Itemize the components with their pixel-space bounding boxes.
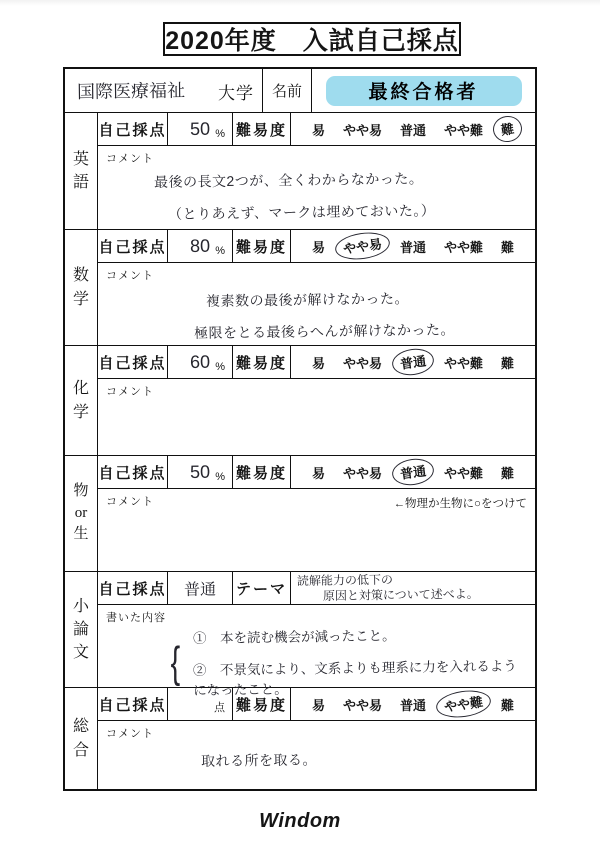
handwritten-comment: 極限をとる最後らへんが解けなかった。 — [194, 318, 527, 343]
difficulty-option: 難 — [491, 114, 523, 144]
comment-area: コメント 取れる所を取る。 — [98, 721, 535, 789]
difficulty-option: 普通 — [390, 346, 435, 378]
difficulty-options: 易 やや易 普通 やや難 難 — [291, 346, 535, 378]
page-title: 2020年度 入試自己採点 — [163, 22, 461, 56]
comment-area: コメント 複素数の最後が解けなかった。 極限をとる最後らへんが解けなかった。 — [98, 263, 535, 345]
subject-label: 数 学 — [65, 230, 98, 345]
difficulty-option: 普通 — [390, 456, 435, 488]
handwritten-comment: （とりあえず、マークは埋めておいた。） — [168, 199, 527, 224]
difficulty-options: 易 やや易 普通 やや難 難 — [291, 456, 535, 488]
difficulty-option: 易 — [312, 120, 325, 139]
self-score-value-cell: 普通 — [168, 572, 233, 604]
difficulty-option: やや難 — [444, 463, 483, 482]
handwritten-comment: 最後の長文2つが、全くわからなかった。 — [154, 167, 527, 192]
theme-text-cell: 読解能力の低下の 原因と対策について述べよ。 — [291, 572, 535, 604]
score-row: 自己採点 60 % 難易度 易 やや易 普通 やや難 難 — [98, 346, 535, 379]
self-score-label: 自己採点 — [98, 456, 168, 488]
difficulty-option: やや難 — [444, 237, 483, 256]
self-score-value-cell: 50 % — [168, 456, 233, 488]
difficulty-options: 易 やや易 普通 やや難 難 — [291, 230, 535, 262]
difficulty-option: やや易 — [343, 463, 382, 482]
self-score-value: 80 — [190, 235, 210, 256]
result-cell: 最終合格者 — [312, 69, 535, 112]
section-english: 英 語 自己採点 50 % 難易度 易 やや易 普通 やや難 難 コメント — [65, 113, 535, 230]
difficulty-option: 普通 — [400, 237, 426, 256]
difficulty-option: 易 — [312, 463, 325, 482]
self-score-value-cell: 60 % — [168, 346, 233, 378]
comment-area: コメント ←物理か生物に○をつけて — [98, 489, 535, 571]
self-score-label: 自己採点 — [98, 113, 168, 145]
difficulty-option: やや難 — [444, 353, 483, 372]
subject-label: 英 語 — [65, 113, 98, 229]
score-row: 自己採点 50 % 難易度 易 やや易 普通 やや難 難 — [98, 113, 535, 146]
difficulty-option: やや難 — [444, 120, 483, 139]
self-score-value-cell: 点 — [168, 688, 233, 720]
handwritten-theme: 原因と対策について述べよ。 — [323, 586, 529, 604]
comment-label: コメント — [106, 150, 527, 166]
score-unit: 点 — [214, 699, 225, 715]
circle-instruction-note: ←物理か生物に○をつけて — [394, 495, 527, 511]
section-overall: 総 合 自己採点 点 難易度 易 やや易 普通 やや難 難 コメント — [65, 688, 535, 789]
section-essay: 小 論 文 自己採点 普通 テーマ 読解能力の低下の 原因と対策について述べよ。… — [65, 572, 535, 688]
university-suffix-label: 大学 — [218, 79, 254, 104]
subject-label: 総 合 — [65, 688, 98, 789]
self-score-value: 50 — [190, 118, 210, 139]
difficulty-option: 易 — [312, 237, 325, 256]
difficulty-option: やや易 — [343, 120, 382, 139]
score-row: 自己採点 普通 テーマ 読解能力の低下の 原因と対策について述べよ。 — [98, 572, 535, 605]
difficulty-options: 易 やや易 普通 やや難 難 — [291, 113, 535, 145]
theme-label: テーマ — [233, 572, 291, 604]
difficulty-option: 難 — [501, 353, 514, 372]
self-score-label: 自己採点 — [98, 346, 168, 378]
difficulty-option: 普通 — [400, 120, 426, 139]
name-label-cell: 名前 — [263, 69, 312, 112]
self-score-value-cell: 80 % — [168, 230, 233, 262]
difficulty-label: 難易度 — [233, 113, 291, 145]
scan-artifact — [0, 0, 600, 6]
section-physics-or-biology: 物 or 生 自己採点 50 % 難易度 易 やや易 普通 やや難 難 コメント — [65, 456, 535, 572]
difficulty-option: 難 — [501, 237, 514, 256]
score-unit: % — [215, 471, 225, 483]
comment-area: コメント — [98, 379, 535, 455]
self-score-label: 自己採点 — [98, 230, 168, 262]
comment-area: コメント 最後の長文2つが、全くわからなかった。 （とりあえず、マークは埋めてお… — [98, 146, 535, 229]
section-math: 数 学 自己採点 80 % 難易度 易 やや易 普通 やや難 難 コメント — [65, 230, 535, 346]
comment-label: コメント — [106, 725, 527, 741]
brace-mark: { — [171, 641, 181, 685]
self-score-value: 50 — [190, 461, 210, 482]
subject-label: 小 論 文 — [65, 572, 98, 687]
final-pass-badge: 最終合格者 — [326, 76, 522, 106]
section-chemistry: 化 学 自己採点 60 % 難易度 易 やや易 普通 やや難 難 コメント — [65, 346, 535, 456]
self-score-value: 60 — [190, 351, 210, 372]
handwritten-comment: 取れる所を取る。 — [201, 746, 527, 771]
self-score-value: 普通 — [184, 576, 216, 599]
score-sheet-table: 国際医療福祉 大学 名前 最終合格者 英 語 自己採点 50 % 難易度 易 や… — [63, 67, 537, 791]
comment-label: コメント — [106, 383, 527, 399]
header-row: 国際医療福祉 大学 名前 最終合格者 — [65, 69, 535, 113]
subject-label: 化 学 — [65, 346, 98, 455]
difficulty-label: 難易度 — [233, 456, 291, 488]
difficulty-option: やや易 — [333, 229, 391, 262]
comment-label: コメント — [106, 267, 527, 283]
difficulty-option: やや易 — [343, 353, 382, 372]
handwritten-essay-point: ① 本を読む機会が減ったこと。 — [193, 622, 528, 647]
score-unit: % — [215, 245, 225, 257]
handwritten-comment: 複素数の最後が解けなかった。 — [206, 287, 527, 311]
school-name-handwritten: 国際医療福祉 — [77, 76, 185, 104]
score-unit: % — [215, 128, 225, 140]
subject-label: 物 or 生 — [65, 456, 98, 571]
score-row: 自己採点 80 % 難易度 易 やや易 普通 やや難 難 — [98, 230, 535, 263]
self-score-label: 自己採点 — [98, 572, 168, 604]
difficulty-option: 難 — [501, 463, 514, 482]
school-name-cell: 国際医療福祉 大学 — [65, 69, 263, 112]
self-score-value-cell: 50 % — [168, 113, 233, 145]
difficulty-option: 易 — [312, 353, 325, 372]
score-row: 自己採点 50 % 難易度 易 やや易 普通 やや難 難 — [98, 456, 535, 489]
difficulty-label: 難易度 — [233, 230, 291, 262]
written-content-area: 書いた内容 { ① 本を読む機会が減ったこと。 ② 不景気により、文系よりも理系… — [98, 605, 535, 701]
brand-logo: Windom — [0, 810, 600, 833]
difficulty-label: 難易度 — [233, 346, 291, 378]
score-unit: % — [215, 361, 225, 373]
